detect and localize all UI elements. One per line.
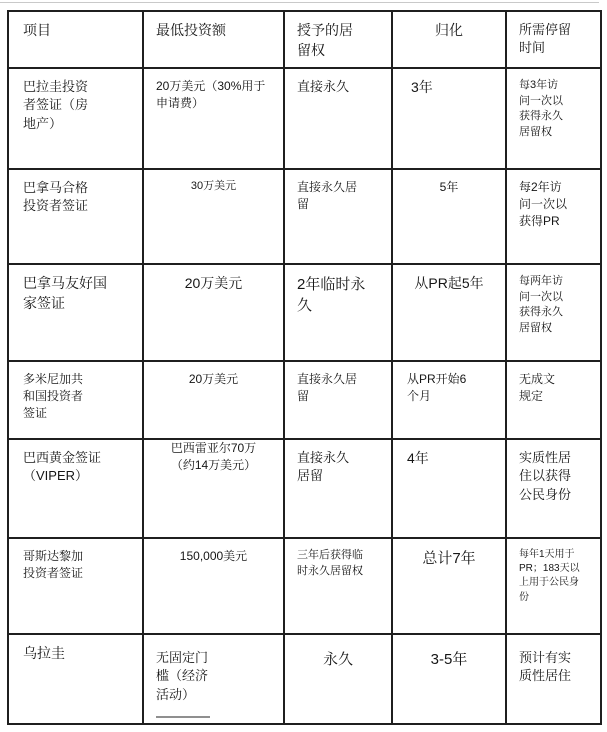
cell-program: 巴拉圭投资者签证（房地产） bbox=[8, 68, 143, 169]
cell-text: 每年1天用于PR；183天以上用于公民身份 bbox=[519, 548, 583, 605]
cell-stay: 每3年访问一次以获得永久居留权 bbox=[506, 68, 601, 169]
cell-text: 哥斯达黎加投资者签证 bbox=[23, 548, 87, 582]
cell-naturalization: 从PR开始6个月 bbox=[392, 361, 506, 439]
cell-stay: 无成文规定 bbox=[506, 361, 601, 439]
cell-text: 20万美元（30%用于申请费） bbox=[156, 78, 272, 112]
cell-residency: 直接永久居留 bbox=[284, 361, 392, 439]
cell-program: 巴拿马友好国家签证 bbox=[8, 264, 143, 361]
cell-residency: 三年后获得临时永久居留权 bbox=[284, 538, 392, 634]
cell-text: 20万美元 bbox=[148, 371, 279, 388]
cell-text: 从PR起5年 bbox=[397, 274, 501, 294]
cell-naturalization: 3-5年 bbox=[392, 634, 506, 724]
cell-stay: 每两年访问一次以获得永久居留权 bbox=[506, 264, 601, 361]
cell-text: 直接永久居留 bbox=[297, 179, 363, 213]
cell-text: 永久 bbox=[289, 649, 387, 670]
cell-naturalization: 3年 bbox=[392, 68, 506, 169]
cell-min-investment: 30万美元 bbox=[143, 169, 284, 264]
cell-residency: 直接永久居留 bbox=[284, 439, 392, 538]
cell-stay: 每2年访问一次以获得PR bbox=[506, 169, 601, 264]
row-panama-friendly: 巴拿马友好国家签证 20万美元 2年临时永久 从PR起5年 每两年访问一次以获得… bbox=[8, 264, 601, 361]
cell-residency: 永久 bbox=[284, 634, 392, 724]
cell-text: 直接永久居留 bbox=[297, 449, 355, 486]
cell-program: 巴西黄金签证（VIPER） bbox=[8, 439, 143, 538]
cell-text: 无固定门槛（经济活动） bbox=[156, 649, 214, 704]
header-program-label: 项目 bbox=[23, 21, 137, 41]
page: 项目 最低投资额 授予的居留权 归化 所需停留时间 巴拉圭投资者签证（房地产） … bbox=[0, 0, 607, 732]
cell-text: 150,000美元 bbox=[148, 548, 279, 565]
cell-naturalization: 5年 bbox=[392, 169, 506, 264]
header-min-investment: 最低投资额 bbox=[143, 11, 284, 68]
cell-text: 总计7年 bbox=[397, 548, 501, 569]
cell-text: 巴西雷亚尔70万（约14万美元） bbox=[162, 440, 266, 474]
header-min-investment-label: 最低投资额 bbox=[156, 21, 278, 41]
cell-text: 实质性居住以获得公民身份 bbox=[519, 449, 577, 504]
cell-text: 4年 bbox=[407, 449, 500, 469]
cell-text: 从PR开始6个月 bbox=[407, 371, 467, 405]
cell-text: 直接永久 bbox=[297, 78, 386, 96]
row-panama-qualified: 巴拿马合格投资者签证 30万美元 直接永久居留 5年 每2年访问一次以获得PR bbox=[8, 169, 601, 264]
cell-text: 巴拿马友好国家签证 bbox=[23, 274, 111, 314]
row-uruguay: 乌拉圭 无固定门槛（经济活动） 永久 3-5年 预计有实质性居住 bbox=[8, 634, 601, 724]
row-costa-rica: 哥斯达黎加投资者签证 150,000美元 三年后获得临时永久居留权 总计7年 每… bbox=[8, 538, 601, 634]
cell-text: 5年 bbox=[397, 179, 501, 196]
cell-residency: 2年临时永久 bbox=[284, 264, 392, 361]
cell-min-investment: 无固定门槛（经济活动） bbox=[143, 634, 284, 724]
cell-stay: 预计有实质性居住 bbox=[506, 634, 601, 724]
cell-program: 巴拿马合格投资者签证 bbox=[8, 169, 143, 264]
row-paraguay: 巴拉圭投资者签证（房地产） 20万美元（30%用于申请费） 直接永久 3年 每3… bbox=[8, 68, 601, 169]
cell-program: 哥斯达黎加投资者签证 bbox=[8, 538, 143, 634]
cell-text: 2年临时永久 bbox=[297, 274, 375, 317]
cell-text: 每两年访问一次以获得永久居留权 bbox=[519, 274, 567, 336]
cell-text: 无成文规定 bbox=[519, 371, 563, 405]
page-top-divider bbox=[0, 2, 599, 3]
header-stay-required-label: 所需停留时间 bbox=[519, 21, 575, 58]
cell-text: 每3年访问一次以获得永久居留权 bbox=[519, 78, 567, 140]
cell-text: 30万美元 bbox=[148, 179, 279, 195]
header-residency-granted: 授予的居留权 bbox=[284, 11, 392, 68]
cell-min-investment: 150,000美元 bbox=[143, 538, 284, 634]
cell-residency: 直接永久 bbox=[284, 68, 392, 169]
cell-naturalization: 4年 bbox=[392, 439, 506, 538]
cell-text: 20万美元 bbox=[148, 274, 279, 294]
header-naturalization: 归化 bbox=[392, 11, 506, 68]
cell-min-investment: 20万美元 bbox=[143, 264, 284, 361]
cell-stay: 实质性居住以获得公民身份 bbox=[506, 439, 601, 538]
header-row: 项目 最低投资额 授予的居留权 归化 所需停留时间 bbox=[8, 11, 601, 68]
cell-min-investment: 20万美元（30%用于申请费） bbox=[143, 68, 284, 169]
cell-text: 3-5年 bbox=[397, 649, 501, 670]
underline-mark bbox=[156, 716, 210, 718]
cell-text: 3年 bbox=[411, 78, 500, 98]
cell-residency: 直接永久居留 bbox=[284, 169, 392, 264]
cell-naturalization: 从PR起5年 bbox=[392, 264, 506, 361]
cell-text: 巴拉圭投资者签证（房地产） bbox=[23, 78, 91, 133]
cell-text: 预计有实质性居住 bbox=[519, 649, 577, 686]
header-naturalization-label: 归化 bbox=[397, 21, 501, 41]
header-program: 项目 bbox=[8, 11, 143, 68]
cell-text: 多米尼加共和国投资者签证 bbox=[23, 371, 87, 422]
row-brazil: 巴西黄金签证（VIPER） 巴西雷亚尔70万（约14万美元） 直接永久居留 4年… bbox=[8, 439, 601, 538]
cell-text: 每2年访问一次以获得PR bbox=[519, 179, 571, 230]
row-dominican-republic: 多米尼加共和国投资者签证 20万美元 直接永久居留 从PR开始6个月 无成文规定 bbox=[8, 361, 601, 439]
cell-text: 巴拿马合格投资者签证 bbox=[23, 179, 93, 216]
header-residency-granted-label: 授予的居留权 bbox=[297, 21, 359, 61]
cell-text: 巴西黄金签证（VIPER） bbox=[23, 449, 107, 486]
cell-min-investment: 20万美元 bbox=[143, 361, 284, 439]
cell-program: 多米尼加共和国投资者签证 bbox=[8, 361, 143, 439]
cell-text: 直接永久居留 bbox=[297, 371, 363, 405]
cell-text: 三年后获得临时永久居留权 bbox=[297, 548, 369, 579]
cell-program: 乌拉圭 bbox=[8, 634, 143, 724]
cell-min-investment: 巴西雷亚尔70万（约14万美元） bbox=[143, 439, 284, 538]
header-stay-required: 所需停留时间 bbox=[506, 11, 601, 68]
cell-text: 乌拉圭 bbox=[23, 644, 137, 664]
cell-stay: 每年1天用于PR；183天以上用于公民身份 bbox=[506, 538, 601, 634]
cell-naturalization: 总计7年 bbox=[392, 538, 506, 634]
visa-comparison-table: 项目 最低投资额 授予的居留权 归化 所需停留时间 巴拉圭投资者签证（房地产） … bbox=[7, 10, 602, 725]
